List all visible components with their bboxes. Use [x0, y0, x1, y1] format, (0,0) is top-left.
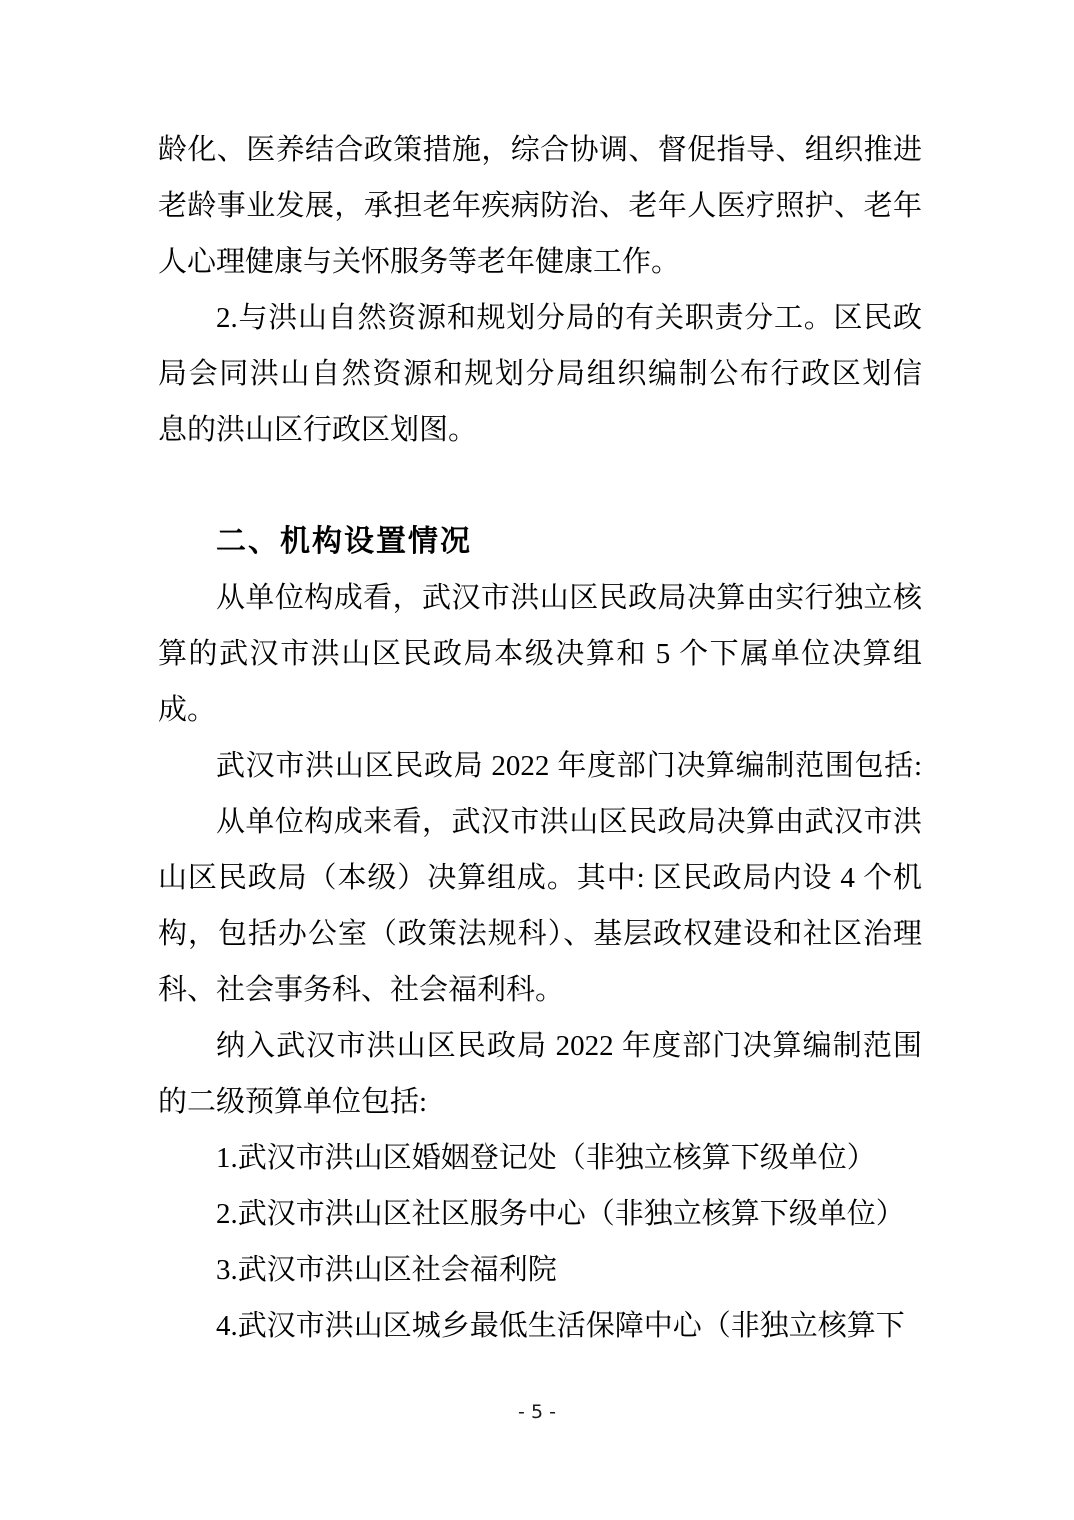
- paragraph: 龄化、医养结合政策措施，综合协调、督促指导、组织推进老龄事业发展，承担老年疾病防…: [158, 122, 922, 290]
- text-line: 从单位构成来看，武汉市洪山区民政局决算由武汉市洪: [158, 794, 922, 850]
- text-line: 纳入武汉市洪山区民政局 2022 年度部门决算编制范围: [158, 1018, 922, 1074]
- list-item: 3.武汉市洪山区社会福利院: [158, 1242, 922, 1298]
- list-item: 2.武汉市洪山区社区服务中心（非独立核算下级单位）: [158, 1186, 922, 1242]
- text-line: 2.武汉市洪山区社区服务中心（非独立核算下级单位）: [158, 1186, 922, 1242]
- text-line: 3.武汉市洪山区社会福利院: [158, 1242, 922, 1298]
- section-heading: 二、机构设置情况: [158, 514, 922, 570]
- text-line: 人心理健康与关怀服务等老年健康工作。: [158, 234, 922, 290]
- text-line: 局会同洪山自然资源和规划分局组织编制公布行政区划信: [158, 346, 922, 402]
- text-line: 1.武汉市洪山区婚姻登记处（非独立核算下级单位）: [158, 1130, 922, 1186]
- text-line: 4.武汉市洪山区城乡最低生活保障中心（非独立核算下: [158, 1298, 922, 1354]
- text-line: 构，包括办公室（政策法规科）、基层政权建设和社区治理: [158, 906, 922, 962]
- document-page: 龄化、医养结合政策措施，综合协调、督促指导、组织推进老龄事业发展，承担老年疾病防…: [0, 0, 1074, 1520]
- text-line: 算的武汉市洪山区民政局本级决算和 5 个下属单位决算组: [158, 626, 922, 682]
- text-line: 科、社会事务科、社会福利科。: [158, 962, 922, 1018]
- paragraph: 2.与洪山自然资源和规划分局的有关职责分工。区民政局会同洪山自然资源和规划分局组…: [158, 290, 922, 458]
- document-content: 龄化、医养结合政策措施，综合协调、督促指导、组织推进老龄事业发展，承担老年疾病防…: [158, 122, 922, 1354]
- text-line: 从单位构成看，武汉市洪山区民政局决算由实行独立核: [158, 570, 922, 626]
- text-line: 老龄事业发展，承担老年疾病防治、老年人医疗照护、老年: [158, 178, 922, 234]
- text-line: 龄化、医养结合政策措施，综合协调、督促指导、组织推进: [158, 122, 922, 178]
- list-item: 4.武汉市洪山区城乡最低生活保障中心（非独立核算下: [158, 1298, 922, 1354]
- text-line: 武汉市洪山区民政局 2022 年度部门决算编制范围包括:: [158, 738, 922, 794]
- text-line: 的二级预算单位包括:: [158, 1074, 922, 1130]
- text-line: 山区民政局（本级）决算组成。其中: 区民政局内设 4 个机: [158, 850, 922, 906]
- paragraph: 从单位构成看，武汉市洪山区民政局决算由实行独立核算的武汉市洪山区民政局本级决算和…: [158, 570, 922, 738]
- text-line: 2.与洪山自然资源和规划分局的有关职责分工。区民政: [158, 290, 922, 346]
- page-number: - 5 -: [0, 1396, 1074, 1428]
- paragraph: 武汉市洪山区民政局 2022 年度部门决算编制范围包括:: [158, 738, 922, 794]
- list-item: 1.武汉市洪山区婚姻登记处（非独立核算下级单位）: [158, 1130, 922, 1186]
- text-line: 二、机构设置情况: [158, 514, 922, 570]
- paragraph: 纳入武汉市洪山区民政局 2022 年度部门决算编制范围的二级预算单位包括:: [158, 1018, 922, 1130]
- text-line: 成。: [158, 682, 922, 738]
- paragraph: 从单位构成来看，武汉市洪山区民政局决算由武汉市洪山区民政局（本级）决算组成。其中…: [158, 794, 922, 1018]
- text-line: 息的洪山区行政区划图。: [158, 402, 922, 458]
